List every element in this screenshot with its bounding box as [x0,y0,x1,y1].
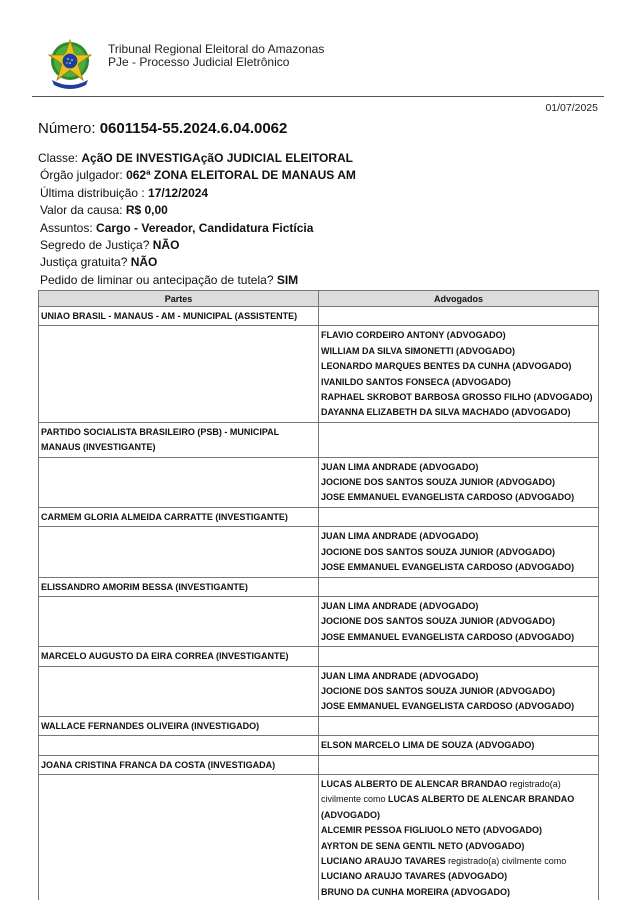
field-pedido-liminar: Pedido de liminar ou antecipação de tute… [38,272,356,289]
advogado-name: ELSON MARCELO LIMA DE SOUZA (ADVOGADO) [321,738,597,753]
advogado-name: RAPHAEL SKROBOT BARBOSA GROSSO FILHO (AD… [321,390,597,405]
parties-table: Partes Advogados UNIAO BRASIL - MANAUS -… [38,290,599,900]
parte-name: UNIAO BRASIL - MANAUS - AM - MUNICIPAL (… [39,307,319,326]
advogado-name: JOCIONE DOS SANTOS SOUZA JUNIOR (ADVOGAD… [321,614,597,629]
table-row-advogados: JUAN LIMA ANDRADE (ADVOGADO)JOCIONE DOS … [39,527,599,577]
empty-cell [39,457,319,507]
parte-name: CARMEM GLORIA ALMEIDA CARRATTE (INVESTIG… [39,507,319,526]
advogado-name: DAYANNA ELIZABETH DA SILVA MACHADO (ADVO… [321,405,597,420]
field-valor-causa: Valor da causa: R$ 0,00 [38,202,356,219]
advogados-list: JUAN LIMA ANDRADE (ADVOGADO)JOCIONE DOS … [319,457,599,507]
advogados-list: JUAN LIMA ANDRADE (ADVOGADO)JOCIONE DOS … [319,666,599,716]
organization-name: Tribunal Regional Eleitoral do Amazonas … [108,43,324,69]
advogados-list: ELSON MARCELO LIMA DE SOUZA (ADVOGADO) [319,736,599,755]
advogado-name: JOCIONE DOS SANTOS SOUZA JUNIOR (ADVOGAD… [321,684,597,699]
empty-cell [319,716,599,735]
empty-cell [319,755,599,774]
table-row-advogados: JUAN LIMA ANDRADE (ADVOGADO)JOCIONE DOS … [39,596,599,646]
parte-name: JOANA CRISTINA FRANCA DA COSTA (INVESTIG… [39,755,319,774]
advogado-name: LUCIANO ARAUJO TAVARES registrado(a) civ… [321,854,597,885]
table-row-parte: UNIAO BRASIL - MANAUS - AM - MUNICIPAL (… [39,307,599,326]
advogado-name: LEONARDO MARQUES BENTES DA CUNHA (ADVOGA… [321,359,597,374]
empty-cell [39,774,319,900]
advogados-list: LUCAS ALBERTO DE ALENCAR BRANDAO registr… [319,774,599,900]
advogado-name: JOCIONE DOS SANTOS SOUZA JUNIOR (ADVOGAD… [321,545,597,560]
table-row-parte: CARMEM GLORIA ALMEIDA CARRATTE (INVESTIG… [39,507,599,526]
org-line-2: PJe - Processo Judicial Eletrônico [108,56,324,69]
table-row-parte: WALLACE FERNANDES OLIVEIRA (INVESTIGADO) [39,716,599,735]
advogado-name: JUAN LIMA ANDRADE (ADVOGADO) [321,599,597,614]
advogado-name: AYRTON DE SENA GENTIL NETO (ADVOGADO) [321,839,597,854]
field-segredo-justica: Segredo de Justiça? NÃO [38,237,356,254]
advogados-list: JUAN LIMA ANDRADE (ADVOGADO)JOCIONE DOS … [319,527,599,577]
table-row-advogados: JUAN LIMA ANDRADE (ADVOGADO)JOCIONE DOS … [39,457,599,507]
process-number-label: Número: [38,120,100,137]
field-ultima-distribuicao: Última distribuição : 17/12/2024 [38,185,356,202]
header-divider [32,96,604,97]
empty-cell [319,422,599,457]
empty-cell [319,577,599,596]
table-header-row: Partes Advogados [39,291,599,307]
table-row-advogados: FLAVIO CORDEIRO ANTONY (ADVOGADO)WILLIAM… [39,326,599,422]
table-body: UNIAO BRASIL - MANAUS - AM - MUNICIPAL (… [39,307,599,900]
advogado-name: JOSE EMMANUEL EVANGELISTA CARDOSO (ADVOG… [321,630,597,645]
advogados-list: FLAVIO CORDEIRO ANTONY (ADVOGADO)WILLIAM… [319,326,599,422]
table-row-advogados: JUAN LIMA ANDRADE (ADVOGADO)JOCIONE DOS … [39,666,599,716]
empty-cell [39,326,319,422]
document-header: Tribunal Regional Eleitoral do Amazonas … [0,0,636,100]
parte-name: PARTIDO SOCIALISTA BRASILEIRO (PSB) - MU… [39,422,319,457]
document-date: 01/07/2025 [545,102,598,114]
advogado-name: WILLIAM DA SILVA SIMONETTI (ADVOGADO) [321,344,597,359]
table-row-parte: JOANA CRISTINA FRANCA DA COSTA (INVESTIG… [39,755,599,774]
empty-cell [39,666,319,716]
brazil-coat-of-arms-icon [44,36,96,92]
advogados-list: JUAN LIMA ANDRADE (ADVOGADO)JOCIONE DOS … [319,596,599,646]
empty-cell [319,647,599,666]
field-orgao-julgador: Órgão julgador: 062ª ZONA ELEITORAL DE M… [38,167,356,184]
empty-cell [39,527,319,577]
advogado-name: ALCEMIR PESSOA FIGLIUOLO NETO (ADVOGADO) [321,823,597,838]
empty-cell [39,596,319,646]
table-row-parte: ELISSANDRO AMORIM BESSA (INVESTIGANTE) [39,577,599,596]
advogado-name: JUAN LIMA ANDRADE (ADVOGADO) [321,529,597,544]
field-justica-gratuita: Justiça gratuita? NÃO [38,254,356,271]
advogado-name: FLAVIO CORDEIRO ANTONY (ADVOGADO) [321,328,597,343]
advogado-name: JUAN LIMA ANDRADE (ADVOGADO) [321,460,597,475]
advogado-name: JUAN LIMA ANDRADE (ADVOGADO) [321,669,597,684]
parte-name: ELISSANDRO AMORIM BESSA (INVESTIGANTE) [39,577,319,596]
empty-cell [319,507,599,526]
parte-name: WALLACE FERNANDES OLIVEIRA (INVESTIGADO) [39,716,319,735]
advogado-name: JOCIONE DOS SANTOS SOUZA JUNIOR (ADVOGAD… [321,475,597,490]
table-row-advogados: ELSON MARCELO LIMA DE SOUZA (ADVOGADO) [39,736,599,755]
table-row-parte: MARCELO AUGUSTO DA EIRA CORREA (INVESTIG… [39,647,599,666]
process-details: Classe: AçãO DE INVESTIGAçãO JUDICIAL EL… [38,150,356,289]
process-number-value: 0601154-55.2024.6.04.0062 [100,120,288,137]
column-header-advogados: Advogados [319,291,599,307]
advogado-name: IVANILDO SANTOS FONSECA (ADVOGADO) [321,375,597,390]
field-assuntos: Assuntos: Cargo - Vereador, Candidatura … [38,220,356,237]
advogado-name: BRUNO DA CUNHA MOREIRA (ADVOGADO) [321,885,597,900]
process-number: Número: 0601154-55.2024.6.04.0062 [38,120,287,137]
column-header-partes: Partes [39,291,319,307]
empty-cell [319,307,599,326]
table-row-advogados: LUCAS ALBERTO DE ALENCAR BRANDAO registr… [39,774,599,900]
field-classe: Classe: AçãO DE INVESTIGAçãO JUDICIAL EL… [38,150,356,167]
table-row-parte: PARTIDO SOCIALISTA BRASILEIRO (PSB) - MU… [39,422,599,457]
advogado-name: JOSE EMMANUEL EVANGELISTA CARDOSO (ADVOG… [321,699,597,714]
advogado-name: JOSE EMMANUEL EVANGELISTA CARDOSO (ADVOG… [321,560,597,575]
advogado-name: JOSE EMMANUEL EVANGELISTA CARDOSO (ADVOG… [321,490,597,505]
empty-cell [39,736,319,755]
parte-name: MARCELO AUGUSTO DA EIRA CORREA (INVESTIG… [39,647,319,666]
advogado-name: LUCAS ALBERTO DE ALENCAR BRANDAO registr… [321,777,597,823]
